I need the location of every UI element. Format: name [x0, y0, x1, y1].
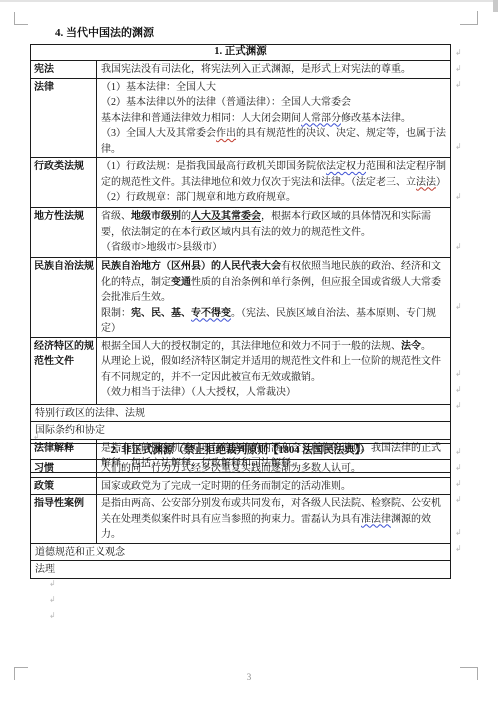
pilcrow-mark-icon: ↲ — [455, 81, 462, 89]
table-row: 地方性法规 省级、地级市级别的人大及其常委会，根据本行政区域的具体情况和实际需要… — [31, 208, 451, 258]
text-segment: 法法 — [416, 177, 436, 188]
text-segment: 法令 — [401, 341, 421, 352]
text-line: 国家或政党为了完成一定时期的任务而制定的活动准则。 — [101, 479, 446, 495]
margin-crop-mark-top-right — [460, 11, 478, 25]
row-label: 经济特区的规范性文件 — [31, 337, 97, 404]
table-row: 指导性案例 是指由两高、公安部分别发布或共同发布，对各级人民法院、检察院、公安机… — [31, 495, 451, 544]
text-segment: （2）基本法律以外的法律（普通法律）：全国人大常委会 — [101, 97, 351, 108]
row-content: 省级、地级市级别的人大及其常委会，根据本行政区域的具体情况和实际需要，依法制定的… — [97, 208, 451, 258]
pilcrow-mark-icon: ↲ — [455, 545, 462, 553]
page-number: 3 — [0, 672, 498, 682]
pilcrow-mark-icon: ↲ — [455, 143, 462, 151]
text-line: 限制：宪、民、基、专不得变。（宪法、民族区域自治法、基本原则、专门规定） — [101, 306, 446, 337]
text-line: （1）行政法规：是指我国最高行政机关即国务院依法定权力范围和法定程序制定的规范性… — [101, 159, 446, 190]
text-segment: 国家或政党为了完成一定时期的任务而制定的活动准则。 — [101, 481, 351, 492]
scrollbar-corner — [493, 0, 498, 12]
row-label: 法律 — [31, 78, 97, 158]
row-label: 习惯 — [31, 460, 97, 478]
text-line: 我国宪法没有司法化，将宪法列入正式渊源，是形式上对宪法的尊重。 — [101, 62, 446, 78]
section-title: 4. 当代中国法的渊源 — [55, 26, 154, 40]
text-segment: 道德规范和正义观念 — [35, 547, 125, 558]
pilcrow-mark-icon: ↲ — [455, 529, 462, 537]
text-line: 民族自治地方（区州县）的人民代表大会有权依照当地民族的政治、经济和文化的特点，制… — [101, 259, 446, 306]
table-header-row: 1. 正式渊源 — [31, 45, 451, 61]
table-row: 国际条约和协定 — [31, 422, 451, 440]
row-content: 根据全国人大的授权制定的，其法律地位和效力不同于一般的法规、法令。 从理论上说，… — [97, 337, 451, 404]
text-segment: （1）行政法规：是指我国最高行政机关即国务院依 — [101, 161, 326, 172]
text-segment: （2）行政规章：部门规章和地方政府规章。 — [101, 192, 296, 203]
text-line: 道德规范和正义观念 — [35, 545, 446, 561]
text-line: （3）全国人大及其常委会作出的具有规范性的决议、决定、规定等，也属于法律。 — [101, 126, 446, 157]
text-segment: 特别行政区的法律、法规 — [35, 408, 145, 419]
pilcrow-mark-icon: ↲ — [455, 386, 462, 394]
pilcrow-mark-icon: ↲ — [49, 596, 56, 604]
text-line: 是指由两高、公安部分别发布或共同发布，对各级人民法院、检察院、公安机关在处理类似… — [101, 496, 446, 543]
table-row: 行政类法规 （1）行政法规：是指我国最高行政机关即国务院依法定权力范围和法定程序… — [31, 158, 451, 208]
table-row: 经济特区的规范性文件 根据全国人大的授权制定的，其法律地位和效力不同于一般的法规… — [31, 337, 451, 404]
text-line: （1）基本法律：全国人大 — [101, 80, 446, 96]
row-content: （1）基本法律：全国人大 （2）基本法律以外的法律（普通法律）：全国人大常委会 … — [97, 78, 451, 158]
row-content-full: 国际条约和协定 — [31, 422, 451, 440]
text-segment: 人大及其常委会 — [191, 211, 261, 222]
pilcrow-mark-icon: ↲ — [33, 433, 40, 441]
pilcrow-mark-icon: ↲ — [455, 193, 462, 201]
table2-header: 2. 非正式渊源（禁止拒绝裁判原则【1804 法国民法典】） — [31, 444, 451, 460]
row-label: 宪法 — [31, 61, 97, 79]
margin-crop-mark-top-left — [14, 12, 28, 25]
text-line: 省级、地级市级别的人大及其常委会，根据本行政区域的具体情况和实际需要，依法制定的… — [101, 209, 446, 240]
text-line: 人们的同一行为方式经多次重复实践而逐渐为多数人认可。 — [101, 461, 446, 477]
pilcrow-mark-icon: ↲ — [49, 612, 56, 620]
row-content-full: 法理 — [31, 561, 451, 579]
text-segment: ） — [436, 177, 446, 188]
table-row: 法理 — [31, 561, 451, 579]
document-page: { "page": { "title": "4. 当代中国法的渊源", "pag… — [0, 0, 498, 701]
text-segment: 民族自治地方（区州县）的人民代表大会 — [101, 261, 281, 272]
text-line: （效力相当于法律）（人大授权，人常裁决） — [101, 385, 446, 401]
row-content: 我国宪法没有司法化，将宪法列入正式渊源，是形式上对宪法的尊重。 — [97, 61, 451, 79]
text-line: 法理 — [35, 562, 446, 578]
text-segment: 基本法律和普通法律效力相同：人大闭会期间 — [101, 113, 301, 124]
pilcrow-mark-icon: ↲ — [455, 303, 462, 311]
text-segment: 限制： — [101, 308, 131, 319]
text-line: 根据全国人大的授权制定的，其法律地位和效力不同于一般的法规、法令。 — [101, 339, 446, 355]
row-content: 人们的同一行为方式经多次重复实践而逐渐为多数人认可。 — [97, 460, 451, 478]
table-header-row: 2. 非正式渊源（禁止拒绝裁判原则【1804 法国民法典】） — [31, 444, 451, 460]
text-segment: （3）全国人大及其常委会 — [101, 128, 216, 139]
text-segment: 修改基本法律。 — [341, 113, 411, 124]
informal-sources-table: 2. 非正式渊源（禁止拒绝裁判原则【1804 法国民法典】） 习惯 人们的同一行… — [30, 443, 451, 579]
pilcrow-mark-icon: ↲ — [49, 564, 56, 572]
text-segment: 变通 — [171, 277, 191, 288]
table-row: 法律 （1）基本法律：全国人大 （2）基本法律以外的法律（普通法律）：全国人大常… — [31, 78, 451, 158]
text-segment: 根据全国人大的授权制定的，其法律地位和效力不同于一般的法规、 — [101, 341, 401, 352]
pilcrow-mark-icon: ↲ — [146, 29, 153, 37]
pilcrow-mark-icon: ↲ — [455, 448, 462, 456]
row-content-full: 特别行政区的法律、法规 — [31, 404, 451, 422]
text-line: （2）行政规章：部门规章和地方政府规章。 — [101, 190, 446, 206]
row-label: 行政类法规 — [31, 158, 97, 208]
row-content: 是指由两高、公安部分别发布或共同发布，对各级人民法院、检察院、公安机关在处理类似… — [97, 495, 451, 544]
table-row: 道德规范和正义观念 — [31, 543, 451, 561]
pilcrow-mark-icon: ↲ — [455, 464, 462, 472]
text-segment: 法定权力 — [326, 161, 366, 172]
text-segment: 人常部分 — [301, 113, 341, 124]
row-label: 民族自治法规 — [31, 258, 97, 338]
pilcrow-mark-icon: ↲ — [455, 480, 462, 488]
table1-header: 1. 正式渊源 — [31, 45, 451, 61]
pilcrow-mark-icon: ↲ — [455, 65, 462, 73]
pilcrow-mark-icon: ↲ — [455, 243, 462, 251]
table-row: 习惯 人们的同一行为方式经多次重复实践而逐渐为多数人认可。 — [31, 460, 451, 478]
text-line: 基本法律和普通法律效力相同：人大闭会期间人常部分修改基本法律。 — [101, 111, 446, 127]
page-top-edge — [0, 0, 498, 2]
text-segment: 的 — [181, 211, 191, 222]
text-segment: （1）基本法律：全国人大 — [101, 82, 216, 93]
table-row: 宪法 我国宪法没有司法化，将宪法列入正式渊源，是形式上对宪法的尊重。 — [31, 61, 451, 79]
text-line: 从理论上说，假如经济特区制定并适用的规范性文件和上一位阶的规范性文件有不同规定的… — [101, 354, 446, 385]
text-segment: 我国宪法没有司法化，将宪法列入正式渊源，是形式上对宪法的尊重。 — [101, 64, 411, 75]
row-content: 民族自治地方（区州县）的人民代表大会有权依照当地民族的政治、经济和文化的特点，制… — [97, 258, 451, 338]
row-label: 指导性案例 — [31, 495, 97, 544]
pilcrow-mark-icon: ↲ — [49, 580, 56, 588]
text-segment: （省级市>地级市>县级市） — [101, 242, 222, 253]
table-row: 民族自治法规 民族自治地方（区州县）的人民代表大会有权依照当地民族的政治、经济和… — [31, 258, 451, 338]
text-segment: （效力相当于法律）（人大授权，人常裁决） — [101, 387, 296, 398]
text-line: （2）基本法律以外的法律（普通法律）：全国人大常委会 — [101, 95, 446, 111]
text-segment: 地级市级别 — [131, 211, 181, 222]
text-line: 特别行政区的法律、法规 — [35, 406, 446, 422]
pilcrow-mark-icon: ↲ — [455, 496, 462, 504]
row-content: 国家或政党为了完成一定时期的任务而制定的活动准则。 — [97, 477, 451, 495]
row-content-full: 道德规范和正义观念 — [31, 543, 451, 561]
text-segment: 人们的同一行为方式经多次重复实践而逐渐为多数人认可。 — [101, 463, 361, 474]
formal-sources-table: 1. 正式渊源 宪法 我国宪法没有司法化，将宪法列入正式渊源，是形式上对宪法的尊… — [30, 44, 451, 473]
text-line: （省级市>地级市>县级市） — [101, 240, 446, 256]
text-segment: 作出 — [216, 128, 236, 139]
text-line: 国际条约和协定 — [35, 423, 446, 439]
pilcrow-mark-icon: ↲ — [455, 370, 462, 378]
text-segment: 省级、 — [101, 211, 131, 222]
text-segment: 国际条约和协定 — [35, 425, 105, 436]
text-segment: 准法律 — [361, 514, 391, 525]
text-segment: 从理论上说，假如经济特区制定并适用的规范性文件和上一位阶的规范性文件有不同规定的… — [101, 356, 441, 383]
text-segment: 宪、民、基、 — [131, 308, 191, 319]
pilcrow-mark-icon: ↲ — [455, 402, 462, 410]
pilcrow-mark-icon: ↲ — [455, 49, 462, 57]
table-row: 政策 国家或政党为了完成一定时期的任务而制定的活动准则。 — [31, 477, 451, 495]
row-content: （1）行政法规：是指我国最高行政机关即国务院依法定权力范围和法定程序制定的规范性… — [97, 158, 451, 208]
row-label: 地方性法规 — [31, 208, 97, 258]
table-row: 特别行政区的法律、法规 — [31, 404, 451, 422]
row-label: 政策 — [31, 477, 97, 495]
text-segment: 。 — [421, 341, 431, 352]
text-segment: 专不得变 — [191, 308, 231, 319]
